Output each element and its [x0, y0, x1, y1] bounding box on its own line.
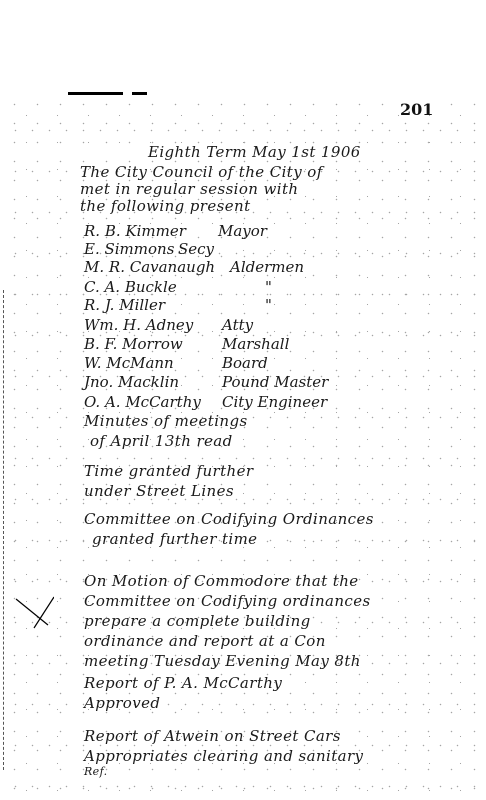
margin-rule: [3, 290, 5, 770]
page-number: 201: [400, 100, 433, 119]
entry-line: Minutes of meetings: [84, 412, 248, 430]
heading-line: the following present: [80, 197, 251, 215]
attendee-name: C. A. Buckle: [84, 278, 177, 296]
entry-line: Ref.: [84, 765, 108, 778]
header-bar-long: [68, 92, 123, 95]
entry-line: prepare a complete building: [84, 612, 311, 630]
entry-line: On Motion of Commodore that the: [84, 572, 359, 590]
entry-line: Appropriates clearing and sanitary: [84, 747, 363, 765]
attendee-name: R. B. Kimmer: [84, 222, 186, 240]
attendee-title: ": [265, 296, 272, 314]
entry-line: Report of P. A. McCarthy: [84, 674, 282, 692]
attendee-title: Atty: [222, 316, 253, 334]
entry-line: Report of Atwein on Street Cars: [84, 727, 341, 745]
attendee-title: Secy: [178, 240, 214, 258]
attendee-name: Jno. Macklin: [84, 373, 179, 391]
heading-line: The City Council of the City of: [80, 163, 323, 181]
entry-line: Committee on Codifying ordinances: [84, 592, 371, 610]
attendee-title: City Engineer: [222, 393, 327, 411]
entry-line: ordinance and report at a Con: [84, 632, 326, 650]
attendee-title: Pound Master: [222, 373, 328, 391]
attendee-name: W. McMann: [84, 354, 174, 372]
top-margin: [0, 0, 486, 92]
entry-line: Committee on Codifying Ordinances: [84, 510, 374, 528]
attendee-name: R. J. Miller: [84, 296, 165, 314]
attendee-title: Board: [222, 354, 268, 372]
check-mark-icon: [14, 595, 54, 635]
entry-line: meeting Tuesday Evening May 8th: [84, 652, 361, 670]
attendee-title: Mayor: [218, 222, 267, 240]
attendee-name: E. Simmons: [84, 240, 174, 258]
heading-line: met in regular session with: [80, 180, 298, 198]
entry-line: granted further time: [92, 530, 257, 548]
attendee-name: B. F. Morrow: [84, 335, 183, 353]
entry-line: of April 13th read: [90, 432, 233, 450]
attendee-name: Wm. H. Adney: [84, 316, 193, 334]
heading-line: Eighth Term May 1st 1906: [148, 143, 361, 161]
attendee-title: ": [265, 278, 272, 296]
header-bar-short: [132, 92, 147, 95]
attendee-title: Aldermen: [230, 258, 304, 276]
attendee-title: Marshall: [222, 335, 289, 353]
entry-line: Approved: [84, 694, 160, 712]
attendee-name: O. A. McCarthy: [84, 393, 201, 411]
entry-line: Time granted further: [84, 462, 253, 480]
attendee-name: M. R. Cavanaugh: [84, 258, 215, 276]
entry-line: under Street Lines: [84, 482, 234, 500]
